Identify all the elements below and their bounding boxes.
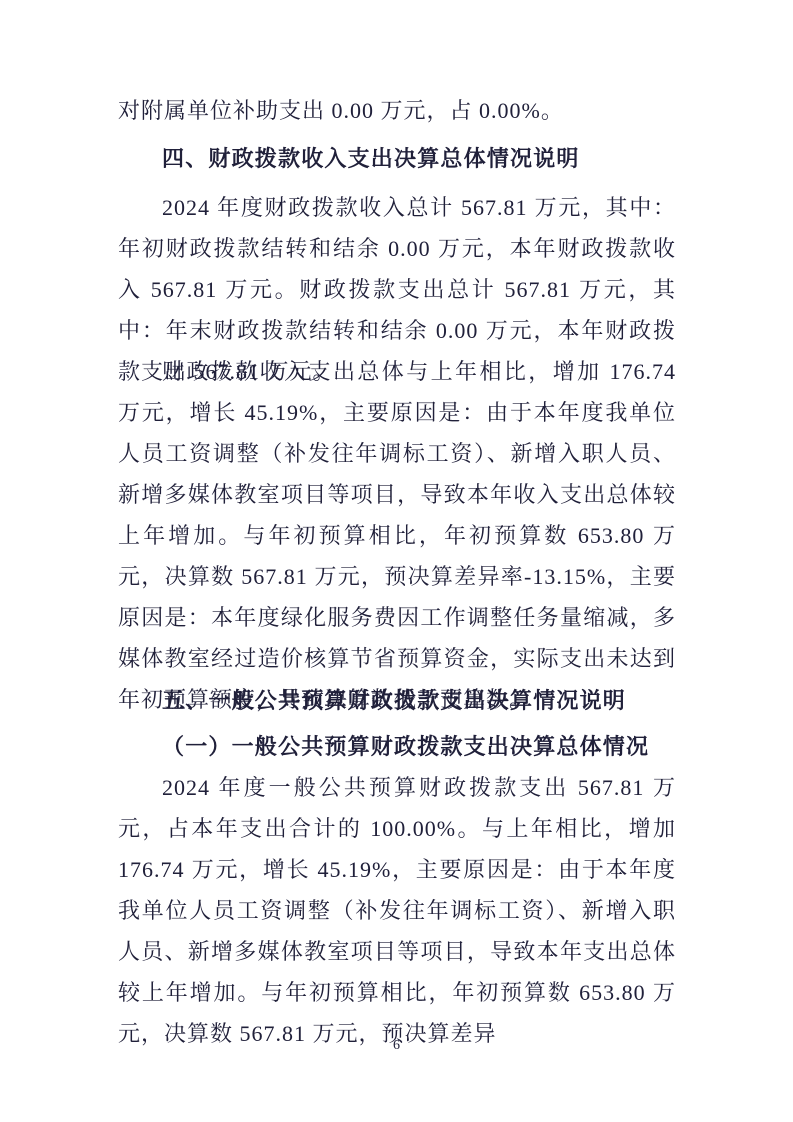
paragraph-general-budget-expenditure: 2024 年度一般公共预算财政拨款支出 567.81 万元，占本年支出合计的 1… [118, 767, 676, 1054]
paragraph-continuation: 对附属单位补助支出 0.00 万元，占 0.00%。 [118, 90, 676, 131]
section-heading-4: 四、财政拨款收入支出决算总体情况说明 [118, 138, 676, 179]
subsection-heading-5-1: （一）一般公共预算财政拨款支出决算总体情况 [118, 726, 676, 767]
page-number: 6 [0, 1036, 793, 1056]
document-page: 对附属单位补助支出 0.00 万元，占 0.00%。 四、财政拨款收入支出决算总… [0, 0, 793, 1122]
paragraph-fiscal-comparison: 财政拨款收入支出总体与上年相比，增加 176.74 万元，增长 45.19%，主… [118, 351, 676, 720]
section-heading-5: 五、一般公共预算财政拨款支出决算情况说明 [118, 680, 676, 721]
